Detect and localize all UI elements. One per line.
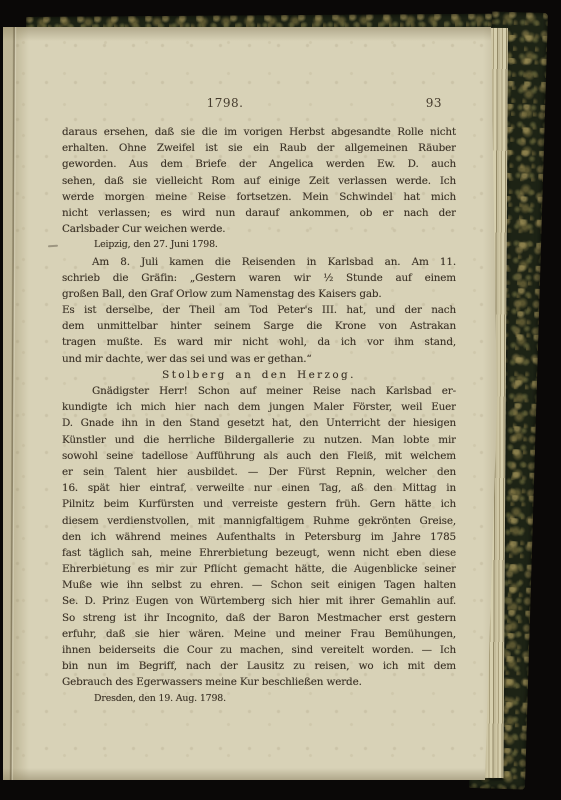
text-line: sowohl seine tadellose Aufführung als au… xyxy=(62,448,456,464)
text-line: er sein Talent hier ausbildet. — Der Für… xyxy=(62,464,456,480)
text-line: Stolberg an den Herzog. xyxy=(62,367,456,383)
photo-of-book: 1798. 93 daraus ersehen, daß sie die im … xyxy=(0,0,561,800)
text-line: bin nun im Begriff, nach der Lausitz zu … xyxy=(62,658,456,674)
text-line: werde morgen meine Reise fortsetzen. Mei… xyxy=(62,189,456,205)
text-line: nicht verlassen; es wird nun darauf anko… xyxy=(62,205,456,221)
text-line: Gebrauch des Egerwassers meine Kur besch… xyxy=(62,674,456,690)
page-number: 93 xyxy=(426,94,442,112)
text-line: ihnen beiderseits die Cour zu machen, si… xyxy=(62,642,456,658)
text-line: tragen mußte. Es ward mir nicht wohl, da… xyxy=(62,334,456,350)
text-line: sehen, daß sie vielleicht Rom auf einige… xyxy=(62,173,456,189)
text-line: erhalten. Ohne Zweifel ist sie ein Raub … xyxy=(62,140,456,156)
text-line: den ich während meines Aufenthalts in Pe… xyxy=(62,529,456,545)
text-line: großen Ball, den Graf Orlow zum Namensta… xyxy=(62,286,456,302)
text-line: Leipzig, den 27. Juni 1798. xyxy=(62,237,456,253)
text-line: Muße wie ihn selbst zu ehren. — Schon se… xyxy=(62,577,456,593)
text-line: fast täglich sah, meine Ehrerbietung bez… xyxy=(62,545,456,561)
text-line: erfuhr, daß sie hier wären. Meine und me… xyxy=(62,626,456,642)
text-line: 16. spät hier eintraf, verweilte nur ein… xyxy=(62,480,456,496)
text-line: Gnädigster Herr! Schon auf meiner Reise … xyxy=(62,383,456,399)
text-line: Künstler und die herrliche Bildergalleri… xyxy=(62,432,456,448)
page-header: 1798. 93 xyxy=(62,94,456,112)
text-line: Ehrerbietung es mir zur Pflicht gemacht … xyxy=(62,561,456,577)
text-line: Carlsbader Cur weichen werde. xyxy=(62,221,456,237)
text-line: D. Gnade ihn in den Stand gesetzt hat, d… xyxy=(62,415,456,431)
text-line: kundigte ich mich hier nach dem jungen M… xyxy=(62,399,456,415)
text-line: daraus ersehen, daß sie die im vorigen H… xyxy=(62,124,456,140)
text-line: Es ist derselbe, der Theil am Tod Peter'… xyxy=(62,302,456,318)
text-line: geworden. Aus dem Briefe der Angelica we… xyxy=(62,156,456,172)
text-line: schrieb die Gräfin: „Gestern waren wir ½… xyxy=(62,270,456,286)
text-line: So streng ist ihr Incognito, daß der Bar… xyxy=(62,610,456,626)
text-line: Se. D. Prinz Eugen von Würtemberg sich h… xyxy=(62,593,456,609)
page-text-block: 1798. 93 daraus ersehen, daß sie die im … xyxy=(62,94,456,707)
running-head-year: 1798. xyxy=(28,94,422,112)
text-line: dem unmittelbar hinter seinem Sarge die … xyxy=(62,318,456,334)
text-line: und mir dachte, wer das sei und was er g… xyxy=(62,351,456,367)
text-line: Pilnitz beim Kurfürsten und verreiste ge… xyxy=(62,496,456,512)
text-line: Am 8. Juli kamen die Reisenden in Karlsb… xyxy=(62,254,456,270)
text-line: diesem verdienstvollen, mit mannigfaltig… xyxy=(62,513,456,529)
text-line: Dresden, den 19. Aug. 1798. xyxy=(62,691,456,707)
text-lines: daraus ersehen, daß sie die im vorigen H… xyxy=(62,124,456,707)
